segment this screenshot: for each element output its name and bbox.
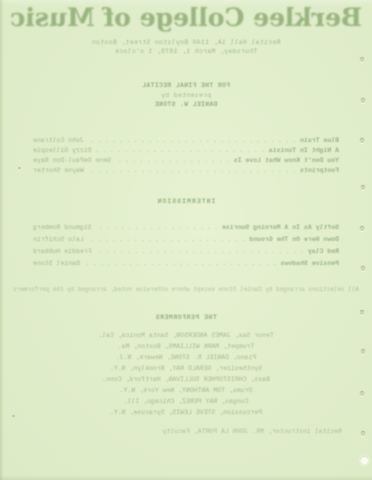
presented-by-line: presented by xyxy=(0,92,372,99)
program-row: Blue Train . . . . . . . . . . . . . . .… xyxy=(33,137,339,147)
composer-name: Wayne Shorter xyxy=(33,167,84,174)
punch-hole xyxy=(361,350,365,354)
dot-leader: . . . . . . . . . . . . . . . . . . . . … xyxy=(115,157,230,164)
punch-hole xyxy=(361,186,365,190)
punch-hole xyxy=(360,311,364,315)
composer-name: Freddie Hubbard xyxy=(33,248,92,255)
program-first-half: Blue Train . . . . . . . . . . . . . . .… xyxy=(33,137,339,177)
student-name: DANIEL W. STONE xyxy=(0,101,372,108)
dot-leader: . . . . . . . . . . . . . . . . . . . . … xyxy=(84,260,277,267)
dot-leader: . . . . . . . . . . . . . . . . . . . . … xyxy=(96,248,304,255)
intermission-heading: INTERMISSION xyxy=(0,198,372,205)
performer-line: Congas, RAY PEREZ, Chicago, Ill. xyxy=(0,396,372,407)
program-row: You Don't Know What Love Is . . . . . . … xyxy=(33,157,339,167)
composer-name: Gene DePaul-Don Raye xyxy=(33,157,111,164)
program-second-half: Softly As In A Morning Sunrise . . . . .… xyxy=(33,224,339,272)
dot-leader: . . . . . . . . . . . . . . . . . . . . … xyxy=(96,224,218,231)
dot-leader: . . . . . . . . . . . . . . . . . . . . … xyxy=(88,236,246,243)
bleed-through-layer: Berklee College of Music Recital Hall 1A… xyxy=(0,0,372,480)
program-row: A Night In Tunisia . . . . . . . . . . .… xyxy=(33,147,339,157)
performer-line: Trumpet, MARK WILLIAMS, Boston, Ma. xyxy=(0,341,372,352)
program-row: Softly As In A Morning Sunrise . . . . .… xyxy=(33,224,339,236)
recital-title: FOR THE FINAL RECITAL xyxy=(0,82,372,89)
paper-speck xyxy=(12,415,15,417)
credit-line: Recital instructor, MR. JOHN LA PORTA, F… xyxy=(163,428,342,435)
scanned-program-page: Berklee College of Music Recital Hall 1A… xyxy=(0,0,372,480)
datetime-line: Thursday, March 1, 1979, 1 o'clock xyxy=(0,48,372,55)
song-title: Blue Train xyxy=(300,137,339,144)
punch-hole xyxy=(361,432,365,436)
composer-name: John Coltrane xyxy=(33,137,84,144)
composer-name: Dizzy Gillespie xyxy=(33,147,92,154)
punch-hole-bright xyxy=(361,457,368,464)
punch-hole xyxy=(361,99,365,103)
punch-hole xyxy=(360,139,364,143)
punch-hole xyxy=(360,227,364,231)
performer-line: Piano, DANIEL R. STONE, Newark, N.J. xyxy=(0,352,372,363)
song-title: Footprints xyxy=(300,167,339,174)
song-title: Pensive Shadows xyxy=(280,260,339,267)
punch-hole xyxy=(360,392,364,396)
venue-line: Recital Hall 1A, 1140 Boylston Street, B… xyxy=(0,39,372,46)
song-title: A Night In Tunisia xyxy=(269,147,339,154)
punch-hole xyxy=(361,267,365,271)
performers-heading: THE PERFORMERS xyxy=(0,314,372,321)
punch-hole xyxy=(360,58,364,62)
paper-speck xyxy=(18,167,21,169)
song-title: You Don't Know What Love Is xyxy=(234,157,339,164)
arrangement-note: All selections arranged by Daniel Stone … xyxy=(0,286,372,293)
song-title: Softly As In A Morning Sunrise xyxy=(222,224,339,231)
song-title: Red Clay xyxy=(308,248,339,255)
song-title: Down Here On The Ground xyxy=(249,236,339,243)
composer-name: Lalo Schifrin xyxy=(33,236,84,243)
dot-leader: . . . . . . . . . . . . . . . . . . . . … xyxy=(88,167,296,174)
composer-name: Sigmund Romberg xyxy=(33,224,92,231)
dot-leader: . . . . . . . . . . . . . . . . . . . . … xyxy=(88,137,296,144)
composer-name: Daniel Stone xyxy=(33,260,80,267)
performer-line: Drums, TOM ANTHONY, New York, N.Y. xyxy=(0,385,372,396)
program-row: Pensive Shadows . . . . . . . . . . . . … xyxy=(33,260,339,272)
dot-leader: . . . . . . . . . . . . . . . . . . . . … xyxy=(96,147,265,154)
performer-line: Synthesizer, GERALD RAY, Brooklyn, N.Y. xyxy=(0,363,372,374)
performer-line: Percussion, STEVE LEWIS, Syracuse, N.Y. xyxy=(0,407,372,418)
berklee-logo-ghost: Berklee College of Music xyxy=(0,3,372,32)
performer-line: Tenor Sax, JAMES ANDERSON, Santa Monica,… xyxy=(0,330,372,341)
performer-line: Bass, CHRISTOPHER SULLIVAN, Hartford, Co… xyxy=(0,374,372,385)
program-row: Footprints . . . . . . . . . . . . . . .… xyxy=(33,167,339,177)
performers-list: Tenor Sax, JAMES ANDERSON, Santa Monica,… xyxy=(0,330,372,418)
program-row: Down Here On The Ground . . . . . . . . … xyxy=(33,236,339,248)
program-row: Red Clay . . . . . . . . . . . . . . . .… xyxy=(33,248,339,260)
